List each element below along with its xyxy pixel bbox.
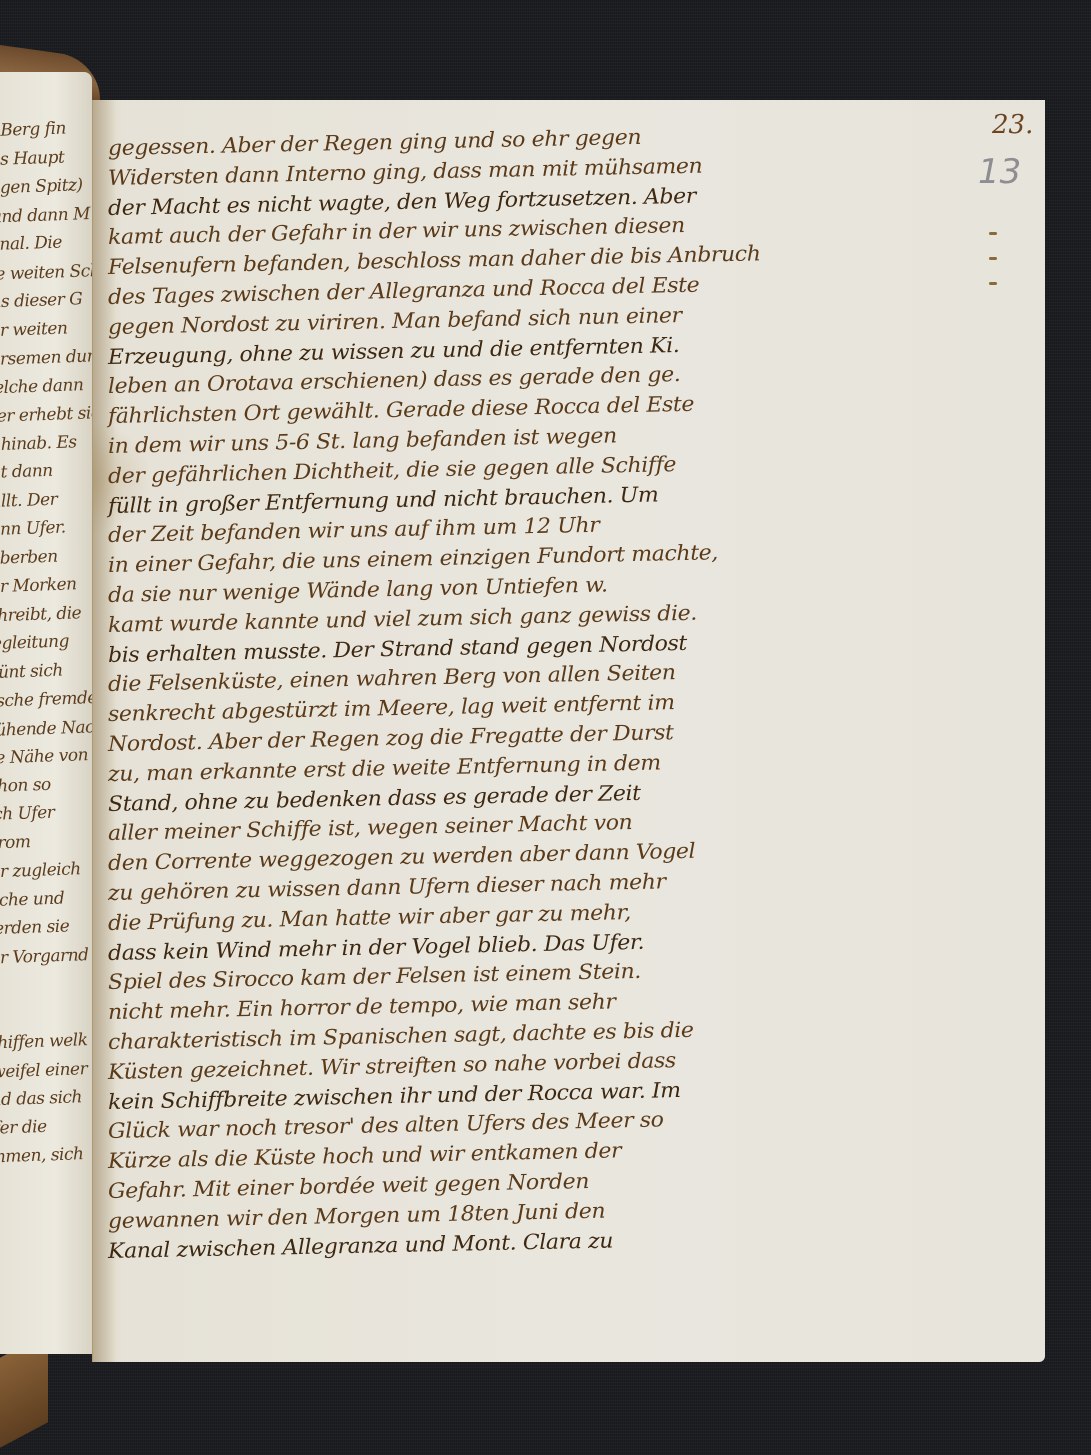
left-page-line: hl Berg fin (0, 119, 66, 142)
left-page-line: ther erhebt sich (0, 403, 92, 428)
left-page-line: gegen Spitz) (0, 175, 83, 199)
left-page-line: die weiten Schi (0, 260, 92, 284)
left-page-line: et hinab. Es (0, 432, 77, 455)
left-page-line: schon so (0, 774, 51, 796)
left-page-line: sich Ufer (0, 803, 55, 826)
left-page-line: kanal. Die (0, 233, 62, 256)
left-page-line: die Nähe von (0, 745, 88, 769)
left-page-line: Fische fremde (0, 688, 92, 712)
left-page-line: dersemen durch (0, 346, 92, 371)
left-page-line: Ufer die (0, 1116, 47, 1138)
left-page-line: Zweifel einer (0, 1059, 88, 1083)
left-page-line: der Morken (0, 574, 77, 597)
left-page-line: Strom (0, 832, 31, 854)
left-page-line: hüllt. Der (0, 489, 58, 512)
left-page-line: ommen, sich (0, 1144, 84, 1168)
left-page-line: welche dann (0, 375, 84, 399)
left-page-line: werden sie (0, 916, 70, 939)
left-page-line: ll, berben (0, 546, 58, 569)
left-page-line: ) und dann M (0, 204, 90, 228)
folio-number-pencil: 13 (978, 152, 1021, 192)
left-page-line: Begleitung (0, 631, 69, 654)
margin-mark (989, 282, 997, 285)
left-page-line: der zugleich (0, 859, 81, 883)
left-page-line: das Haupt (0, 147, 65, 170)
margin-marks (985, 232, 997, 307)
left-page-line: schiffen welk (0, 1030, 88, 1054)
folio-number-ink: 23. (992, 110, 1033, 140)
margin-mark (989, 232, 997, 235)
left-page-line: und das sich (0, 1087, 82, 1111)
left-page-line: dann Ufer. (0, 518, 66, 541)
left-page-line: grünt sich (0, 660, 63, 683)
margin-mark (989, 257, 997, 260)
left-page-line: mit dann (0, 461, 53, 484)
left-page-line: der weiten (0, 318, 68, 341)
left-page-line: uns dieser G (0, 289, 83, 313)
left-page-line: glühende Nacht (0, 716, 92, 741)
left-page: hl Berg findas Hauptgegen Spitz)) und da… (0, 72, 92, 1354)
left-page-line: fische und (0, 888, 64, 911)
left-page-line: der Vorgarnd (0, 945, 89, 969)
left-page-line: schreibt, die (0, 603, 82, 627)
